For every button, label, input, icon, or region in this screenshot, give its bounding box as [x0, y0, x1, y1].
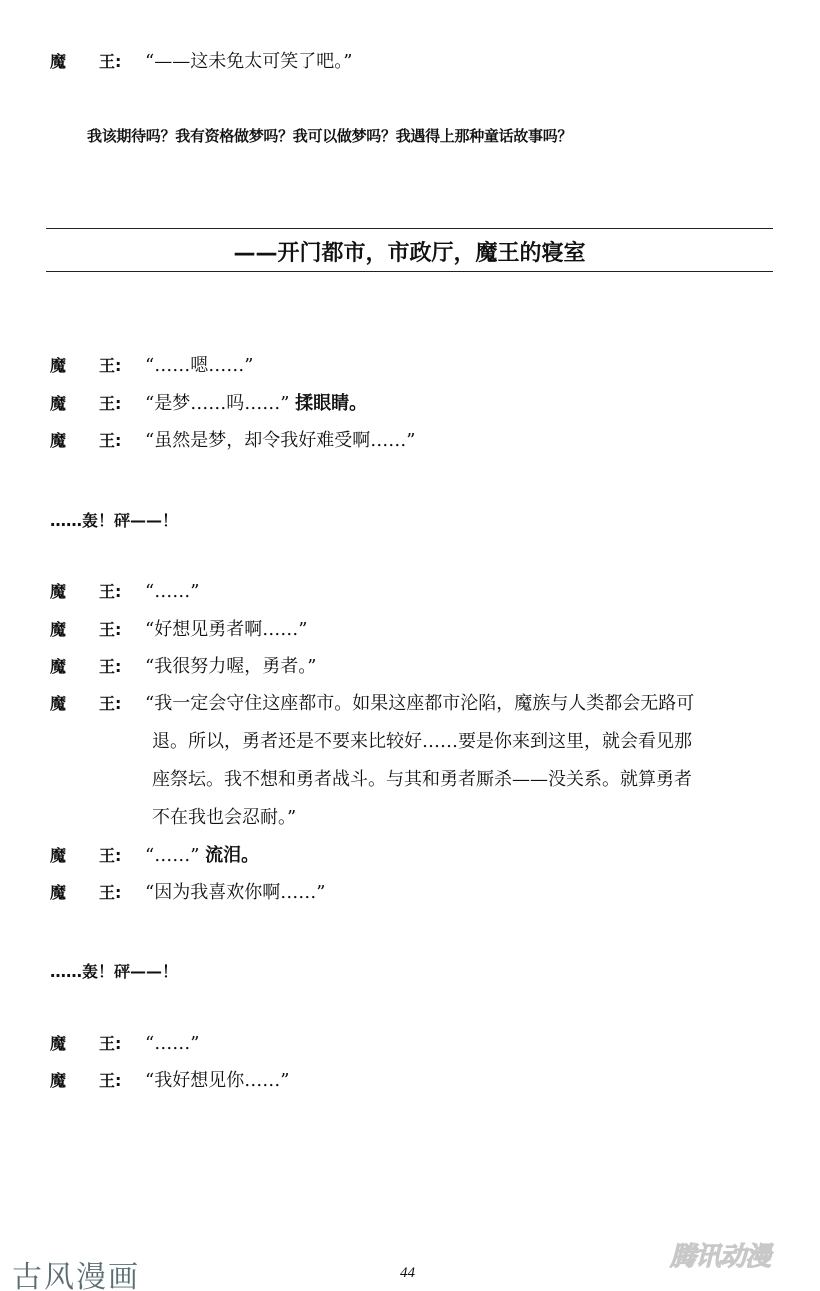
dialogue-line: 魔王: “……”	[50, 580, 199, 604]
speech-continuation: 退。所以，勇者还是不要来比较好……要是你来到这里，就会看见那	[152, 730, 692, 754]
dialogue-line: 魔王: “是梦……吗……” 揉眼睛。	[50, 392, 367, 416]
speaker-label: 魔王:	[50, 844, 145, 868]
speaker-label: 魔王:	[50, 354, 145, 378]
speaker-label: 魔王:	[50, 50, 145, 74]
dialogue-line: 魔王: “……” 流泪。	[50, 844, 259, 868]
speech-text: “……”	[145, 845, 199, 866]
speaker-label: 魔王:	[50, 692, 145, 716]
speaker-label: 魔王:	[50, 655, 145, 679]
speech-text: “——这未免太可笑了吧。”	[145, 51, 352, 72]
speaker-label: 魔王:	[50, 881, 145, 905]
speech-text: “我很努力喔，勇者。”	[145, 656, 316, 677]
speech-text: “……”	[145, 1033, 199, 1054]
stage-direction: 揉眼睛。	[295, 393, 367, 414]
speech-continuation: 座祭坛。我不想和勇者战斗。与其和勇者厮杀——没关系。就算勇者	[152, 768, 692, 792]
section-heading: ——开门都市，市政厅，魔王的寝室	[46, 236, 773, 267]
dialogue-line-long: 魔王: “我一定会守住这座都市。如果这座都市沦陷，魔族与人类都会无路可	[50, 692, 694, 716]
page-number: 44	[400, 1265, 415, 1282]
sound-effect: ……轰！砰——！	[50, 508, 178, 531]
speech-text: “我好想见你……”	[145, 1070, 289, 1091]
speech-continuation: 不在我也会忍耐。”	[152, 806, 296, 830]
dialogue-line: 魔王: “虽然是梦，却令我好难受啊……”	[50, 429, 415, 453]
speaker-label: 魔王:	[50, 1069, 145, 1093]
dialogue-line: 魔王: “——这未免太可笑了吧。”	[50, 50, 352, 74]
speech-text: “虽然是梦，却令我好难受啊……”	[145, 430, 415, 451]
speech-text: “是梦……吗……”	[145, 393, 289, 414]
heading-rule-top	[46, 228, 773, 229]
speech-text: “……嗯……”	[145, 355, 253, 376]
dialogue-line: 魔王: “好想见勇者啊……”	[50, 618, 307, 642]
speech-text-line-1: “我一定会守住这座都市。如果这座都市沦陷，魔族与人类都会无路可	[145, 693, 694, 714]
speaker-label: 魔王:	[50, 1032, 145, 1056]
dialogue-line: 魔王: “我好想见你……”	[50, 1069, 289, 1093]
speech-text: “因为我喜欢你啊……”	[145, 882, 325, 903]
speech-text: “好想见勇者啊……”	[145, 619, 307, 640]
dialogue-line: 魔王: “……”	[50, 1032, 199, 1056]
dialogue-line: 魔王: “因为我喜欢你啊……”	[50, 881, 325, 905]
watermark-logo: 腾讯动漫	[670, 1236, 770, 1273]
speaker-label: 魔王:	[50, 618, 145, 642]
speaker-label: 魔王:	[50, 580, 145, 604]
inner-monologue: 我该期待吗？我有资格做梦吗？我可以做梦吗？我遇得上那种童话故事吗？	[87, 125, 572, 146]
dialogue-line: 魔王: “我很努力喔，勇者。”	[50, 655, 316, 679]
stage-direction: 流泪。	[205, 845, 259, 866]
site-logo: 古风漫画	[12, 1252, 140, 1291]
speaker-label: 魔王:	[50, 392, 145, 416]
speaker-label: 魔王:	[50, 429, 145, 453]
sound-effect: ……轰！砰——！	[50, 959, 178, 982]
dialogue-line: 魔王: “……嗯……”	[50, 354, 253, 378]
heading-rule-bottom	[46, 271, 773, 272]
speech-text: “……”	[145, 581, 199, 602]
